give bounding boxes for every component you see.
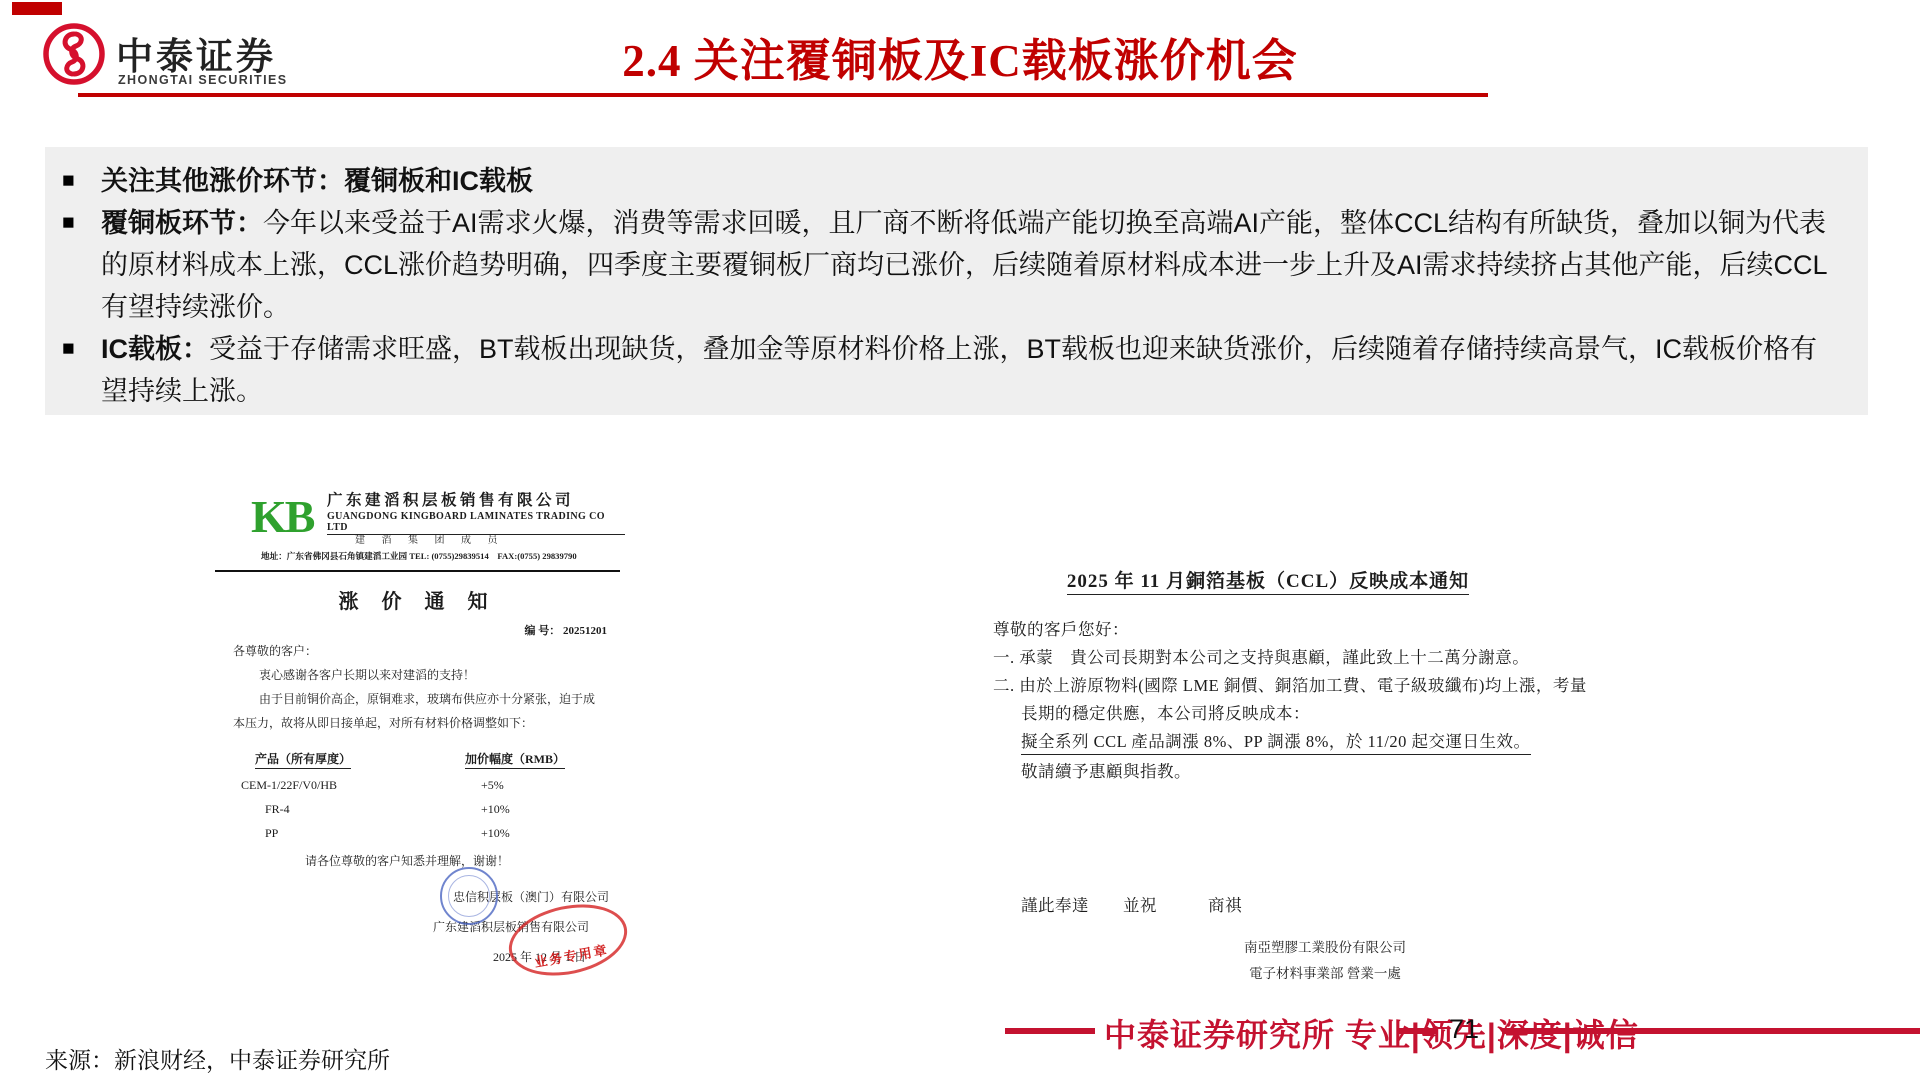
table-row-increase: +10% [481,826,510,841]
notice-body-1: 由于目前铜价高企，原铜难求，玻璃布供应亦十分紧张，迫于成 [259,690,595,707]
notice-body-2: 本压力，故将从即日接单起，对所有材料价格调整如下： [233,714,533,731]
source-note: 来源：新浪财经，中泰证券研究所 [45,1042,390,1075]
summary-box: ■ 关注其他涨价环节：覆铜板和IC载板 ■ 覆铜板环节：今年以来受益于AI需求火… [45,147,1868,415]
corner-flag-decoration [12,2,62,15]
kingboard-company-cn: 广东建滔积层板销售有限公司 [327,488,574,510]
footer-rule-middle [1397,1028,1437,1034]
notice-thanks: 衷心感谢各客户长期以来对建滔的支持！ [259,666,475,683]
brand-logo: 中泰证券 ZHONGTAI SECURITIES [42,20,372,96]
ccl-line-2: 二. 由於上游原物料(國際 LME 銅價、銅箔加工費、電子級玻纖布)均上漲，考量 [993,672,1587,696]
nanya-ccl-notice-image: 2025 年 11 月銅箔基板（CCL）反映成本通知 尊敬的客戶您好： 一. 承… [985,552,1551,1012]
red-oval-stamp: 业务专用章 [502,894,634,985]
brand-name-cn: 中泰证券 [116,26,276,80]
ccl-closing: 謹此奉達 並祝 商祺 [1021,892,1242,916]
bullet-2-text: 今年以来受益于AI需求火爆，消费等需求回暖，且厂商不断将低端产能切换至高端AI产… [101,208,1828,322]
table-row-product: PP [265,826,278,841]
bullet-square-icon: ■ [62,328,75,370]
kingboard-member-line: 建 滔 集 团 成 员 [355,531,505,546]
notice-salutation: 各尊敬的客户： [233,642,317,659]
page-number: 71 [1449,1014,1479,1045]
ccl-company-2: 電子材料事業部 營業一處 [1225,961,1425,987]
kb-logo: KB [251,490,313,543]
ccl-line-5: 敬請續予惠顧與指教。 [1021,758,1191,782]
notice-title: 涨 价 通 知 [215,585,620,614]
bullet-square-icon: ■ [62,202,75,244]
footer-rule-right [1502,1028,1920,1034]
bullet-1: ■ 关注其他涨价环节：覆铜板和IC载板 [62,160,1842,202]
notice-ref-no: 编 号： 20251201 [525,622,608,638]
table-header-increase: 加价幅度（RMB） [465,750,565,769]
ccl-line-4-underlined: 擬全系列 CCL 產品調漲 8%、PP 調漲 8%，於 11/20 起交運日生效… [1021,728,1531,755]
table-row-product: FR-4 [265,802,290,817]
ccl-salutation: 尊敬的客戶您好： [993,616,1129,640]
ccl-line-1: 一. 承蒙 貴公司長期對本公司之支持與惠顧，謹此致上十二萬分謝意。 [993,644,1529,668]
ccl-company-1: 南亞塑膠工業股份有限公司 [1225,935,1425,961]
page-title: 2.4 关注覆铜板及IC载板涨价机会 [560,24,1360,89]
ccl-notice-title: 2025 年 11 月銅箔基板（CCL）反映成本通知 [985,566,1551,593]
notice-closing: 请各位尊敬的客户知悉并理解，谢谢！ [305,852,509,869]
bullet-3-text: 受益于存储需求旺盛，BT载板出现缺货，叠加金等原材料价格上涨，BT载板也迎来缺货… [101,334,1817,406]
kingboard-address: 地址：广东省佛冈县石角镇建滔工业园 TEL: (0755)29839514 FA… [261,550,577,562]
kingboard-price-notice-image: KB 广东建滔积层板销售有限公司 GUANGDONG KINGBOARD LAM… [215,482,625,1022]
ccl-line-3: 長期的穩定供應，本公司將反映成本： [1021,700,1310,724]
bullet-3-bold: IC载板： [101,334,209,364]
slide: 中泰证券 ZHONGTAI SECURITIES 2.4 关注覆铜板及IC载板涨… [0,0,1920,1080]
table-row-increase: +5% [481,778,504,793]
bullet-2-bold: 覆铜板环节： [101,208,263,238]
header-rule [78,93,1488,97]
footer-rule-left [1005,1028,1095,1034]
brand-name-en: ZHONGTAI SECURITIES [118,73,287,87]
bullet-2: ■ 覆铜板环节：今年以来受益于AI需求火爆，消费等需求回暖，且厂商不断将低端产能… [62,202,1842,328]
bullet-square-icon: ■ [62,160,75,202]
blue-round-stamp [440,867,498,925]
table-row-increase: +10% [481,802,510,817]
bullet-1-bold: 关注其他涨价环节：覆铜板和IC载板 [101,166,533,196]
zhongtai-knot-icon [42,22,106,91]
document-rule [215,570,620,572]
table-header-product: 产品（所有厚度） [255,750,351,769]
bullet-3: ■ IC载板：受益于存储需求旺盛，BT载板出现缺货，叠加金等原材料价格上涨，BT… [62,328,1842,412]
ccl-signature-block: 南亞塑膠工業股份有限公司 電子材料事業部 營業一處 [1225,935,1425,987]
table-row-product: CEM-1/22F/V0/HB [241,778,337,793]
red-stamp-text: 业务专用章 [513,936,629,975]
